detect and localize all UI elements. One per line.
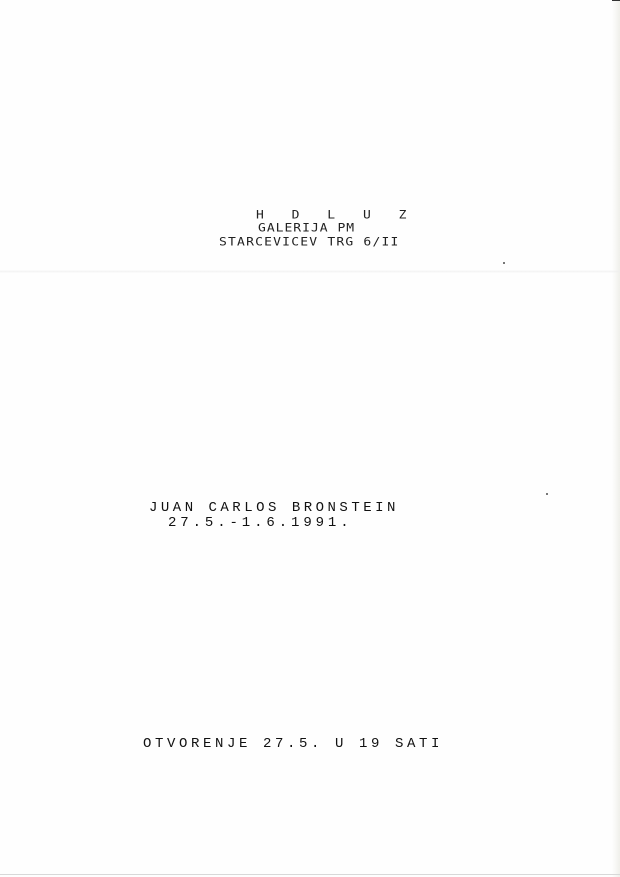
page-edge-shadow <box>612 0 620 877</box>
scan-speck <box>503 262 505 264</box>
corner-mark <box>612 0 620 1</box>
gallery-name: GALERIJA PM <box>258 222 355 235</box>
page-bottom-edge <box>0 874 620 875</box>
organization-name: H D L U Z <box>256 209 416 222</box>
exhibition-dates: 27.5.-1.6.1991. <box>168 515 353 531</box>
document-page: H D L U Z GALERIJA PM STARCEVICEV TRG 6/… <box>0 0 620 877</box>
scan-speck <box>546 493 548 495</box>
opening-notice: OTVORENJE 27.5. U 19 SATI <box>143 736 443 752</box>
fold-line <box>0 270 620 273</box>
gallery-address: STARCEVICEV TRG 6/II <box>219 236 400 249</box>
artist-name: JUAN CARLOS BRONSTEIN <box>149 500 399 516</box>
